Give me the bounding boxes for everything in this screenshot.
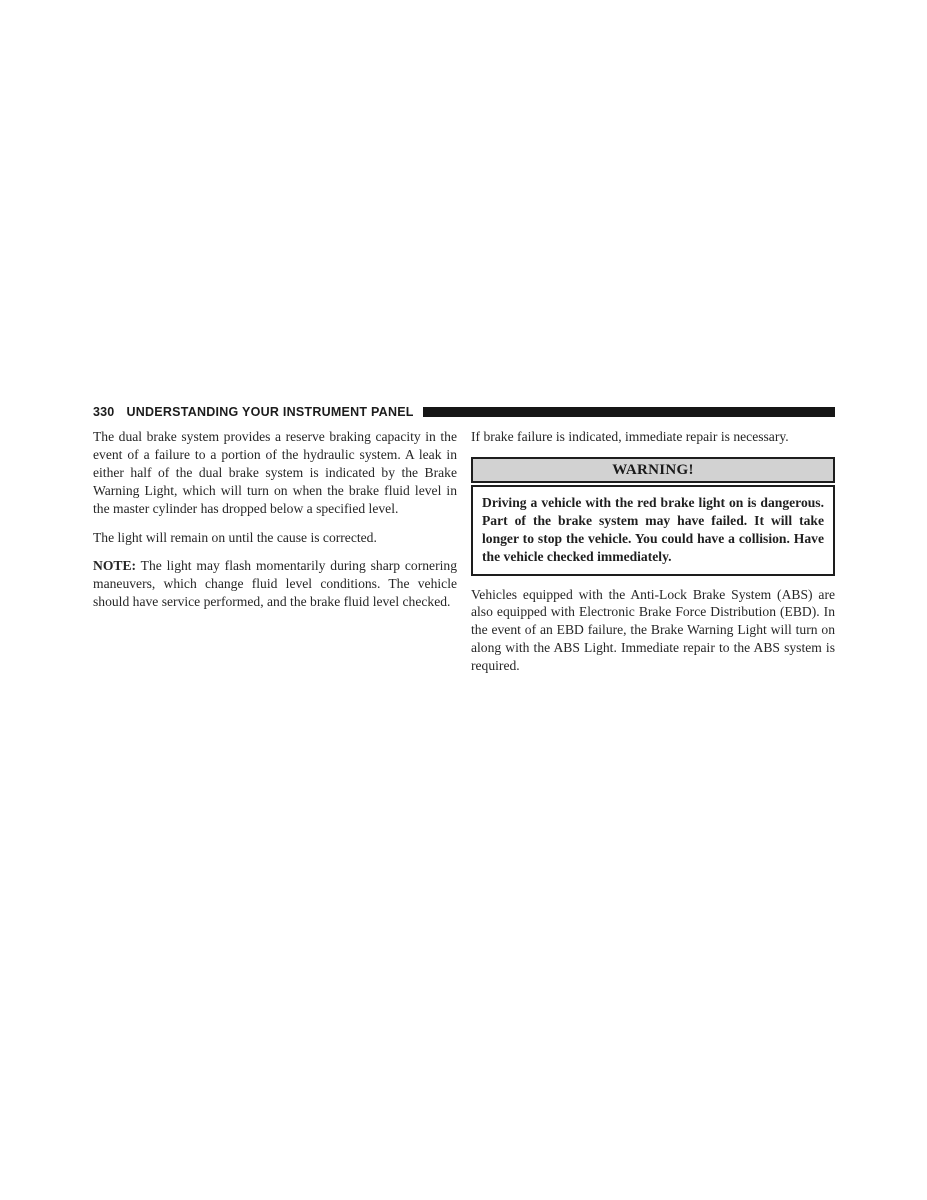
warning-box: WARNING! Driving a vehicle with the red … — [471, 457, 835, 576]
note-text: The light may flash momentarily during s… — [93, 558, 457, 609]
warning-box-title: WARNING! — [471, 457, 835, 483]
page-title: UNDERSTANDING YOUR INSTRUMENT PANEL — [126, 405, 413, 419]
warning-box-body: Driving a vehicle with the red brake lig… — [471, 485, 835, 576]
header-rule-bar — [423, 407, 835, 417]
two-column-body: The dual brake system provides a reserve… — [93, 428, 835, 686]
left-column: The dual brake system provides a reserve… — [93, 428, 457, 686]
note-paragraph: NOTE: The light may flash momentarily du… — [93, 557, 457, 611]
brake-failure-paragraph: If brake failure is indicated, immediate… — [471, 428, 835, 446]
page-number: 330 — [93, 405, 114, 419]
abs-ebd-paragraph: Vehicles equipped with the Anti-Lock Bra… — [471, 586, 835, 676]
dual-brake-paragraph: The dual brake system provides a reserve… — [93, 428, 457, 518]
manual-page: 330 UNDERSTANDING YOUR INSTRUMENT PANEL … — [0, 0, 927, 1200]
light-remain-paragraph: The light will remain on until the cause… — [93, 529, 457, 547]
running-header: 330 UNDERSTANDING YOUR INSTRUMENT PANEL — [93, 404, 835, 420]
page-content: 330 UNDERSTANDING YOUR INSTRUMENT PANEL … — [93, 404, 835, 686]
note-label: NOTE: — [93, 558, 136, 573]
right-column: If brake failure is indicated, immediate… — [471, 428, 835, 686]
